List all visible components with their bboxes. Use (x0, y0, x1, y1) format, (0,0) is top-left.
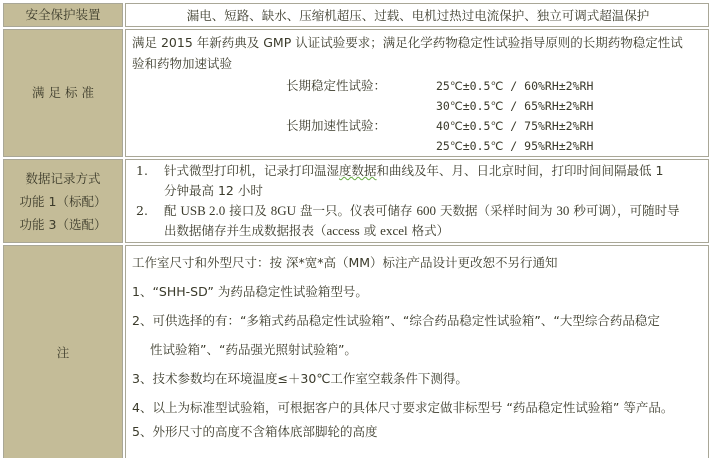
note-line: 5、外形尺寸的高度不含箱体底部脚轮的高度 (132, 422, 704, 442)
value-safety-devices: 漏电、短路、缺水、压缩机超压、过载、电机过热过电流保护、独立可调式超温保护 (125, 3, 709, 27)
condition-label (286, 96, 436, 116)
condition-label (286, 136, 436, 156)
text-segment: 接口及 (225, 203, 270, 218)
list-item: 1. 针式微型打印机，记录打印温湿度数据和曲线及年、月、日北京时间，打印时间间隔… (132, 161, 704, 201)
list-number: 2. (132, 201, 164, 241)
label-safety-devices: 安全保护装置 (3, 3, 123, 27)
condition-value: 25℃±0.5℃ / 95%RH±2%RH (436, 136, 704, 156)
value-data-recording: 1. 针式微型打印机，记录打印温湿度数据和曲线及年、月、日北京时间，打印时间间隔… (125, 159, 709, 243)
value-standards: 满足 2015 年新药典及 GMP 认证试验要求；满足化学药物稳定性试验指导原则… (125, 29, 709, 157)
list-text: 配 USB 2.0 接口及 8GU 盘一只。仪表可储存 600 天数据（采样时间… (164, 201, 704, 241)
condition-label: 长期加速性试验： (286, 116, 436, 136)
text-segment: 600 (416, 203, 436, 218)
text-segment: USB 2.0 (180, 203, 225, 218)
spec-table: 安全保护装置 漏电、短路、缺水、压缩机超压、过载、电机过热过电流保护、独立可调式… (1, 1, 711, 458)
text-segment: 30 (556, 203, 569, 218)
label-data-recording: 数据记录方式 功能 1（标配） 功能 3（选配） (3, 159, 123, 243)
condition-value: 40℃±0.5℃ / 75%RH±2%RH (436, 116, 704, 136)
list-number: 1. (132, 161, 164, 201)
label-notes: 注 (3, 245, 123, 458)
condition-value: 25℃±0.5℃ / 60%RH±2%RH (436, 76, 704, 96)
note-line: 性试验箱”、“药品强光照射试验箱”。 (132, 335, 704, 364)
note-line: 4、以上为标准型试验箱，可根据客户的具体尺寸要求定做非标型号 “药品稳定性试验箱… (132, 393, 704, 422)
text-segment: 格式） (408, 223, 449, 238)
text-segment: 天数据（采样时间为 (436, 203, 556, 218)
text-segment: 出数据储存并生成数据报表（ (164, 223, 327, 238)
text-segment: 秒可调），可随时导 (569, 203, 679, 218)
list-item: 2. 配 USB 2.0 接口及 8GU 盘一只。仪表可储存 600 天数据（采… (132, 201, 704, 241)
spellcheck-underlined-text: 度数据 (339, 163, 377, 178)
table-row-safety: 安全保护装置 漏电、短路、缺水、压缩机超压、过载、电机过热过电流保护、独立可调式… (3, 3, 709, 27)
label-line: 功能 3（选配） (4, 213, 122, 236)
label-line: 功能 1（标配） (4, 190, 122, 213)
standards-intro-line-1: 满足 2015 年新药典及 GMP 认证试验要求；满足化学药物稳定性试验指导原则… (132, 32, 704, 53)
note-line: 3、技术参数均在环境温度≤＋30℃工作室空载条件下测得。 (132, 364, 704, 393)
text-segment: 分钟最高 12 小时 (164, 183, 263, 198)
table-row-notes: 注 工作室尺寸和外型尺寸：按 深*宽*高（MM）标注产品设计更改恕不另行通知 1… (3, 245, 709, 458)
standards-intro: 满足 2015 年新药典及 GMP 认证试验要求；满足化学药物稳定性试验指导原则… (132, 32, 704, 74)
text-segment: 配 (164, 203, 180, 218)
text-segment: 8GU (271, 203, 296, 218)
note-line: 工作室尺寸和外型尺寸：按 深*宽*高（MM）标注产品设计更改恕不另行通知 (132, 248, 704, 277)
table-row-standards: 满 足 标 准 满足 2015 年新药典及 GMP 认证试验要求；满足化学药物稳… (3, 29, 709, 157)
note-line: 2、可供选择的有：“多箱式药品稳定性试验箱”、“综合药品稳定性试验箱”、“大型综… (132, 306, 704, 335)
note-line: 1、“SHH-SD” 为药品稳定性试验箱型号。 (132, 277, 704, 306)
standards-conditions: 长期稳定性试验： 25℃±0.5℃ / 60%RH±2%RH 30℃±0.5℃ … (286, 76, 704, 156)
standards-intro-line-2: 验和药物加速试验 (132, 53, 704, 74)
table-row-data-recording: 数据记录方式 功能 1（标配） 功能 3（选配） 1. 针式微型打印机，记录打印… (3, 159, 709, 243)
text-segment: 和曲线及年、月、日北京时间，打印时间间隔最低 1 (377, 163, 664, 178)
list-text: 针式微型打印机，记录打印温湿度数据和曲线及年、月、日北京时间，打印时间间隔最低 … (164, 161, 704, 201)
text-segment: 盘一只。仪表可储存 (296, 203, 416, 218)
label-standards: 满 足 标 准 (3, 29, 123, 157)
text-segment: access (327, 223, 360, 238)
condition-label: 长期稳定性试验： (286, 76, 436, 96)
label-line: 数据记录方式 (4, 167, 122, 190)
text-segment: excel (380, 223, 407, 238)
text-segment: 或 (360, 223, 380, 238)
text-segment: 针式微型打印机，记录打印温湿 (164, 163, 339, 178)
condition-value: 30℃±0.5℃ / 65%RH±2%RH (436, 96, 704, 116)
value-notes: 工作室尺寸和外型尺寸：按 深*宽*高（MM）标注产品设计更改恕不另行通知 1、“… (125, 245, 709, 458)
